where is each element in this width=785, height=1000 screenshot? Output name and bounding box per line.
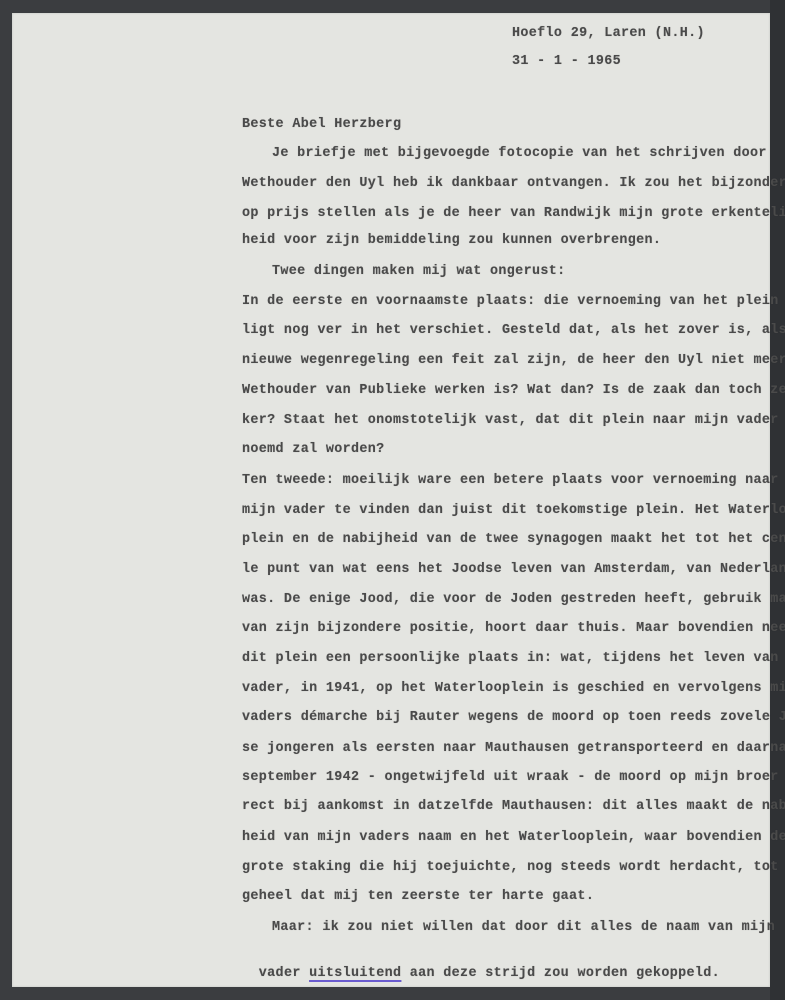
- letter-line: op prijs stellen als je de heer van Rand…: [242, 206, 785, 222]
- letter-line: nieuwe wegenregeling een feit zal zijn, …: [242, 353, 785, 369]
- sender-address: Hoeflo 29, Laren (N.H.): [512, 26, 705, 41]
- underlined-word: uitsluitend: [309, 966, 401, 981]
- letter-date: 31 - 1 - 1965: [512, 54, 621, 69]
- letter-line: van zijn bijzondere positie, hoort daar …: [242, 621, 785, 637]
- letter-line: Ten tweede: moeilijk ware een betere pla…: [242, 473, 779, 489]
- closing-line-end: aan deze strijd zou worden gekoppeld.: [401, 966, 720, 981]
- closing-line-start: vader: [259, 966, 309, 981]
- letter-line: rect bij aankomst in datzelfde Mauthause…: [242, 799, 785, 815]
- letter-line: heid voor zijn bemiddeling zou kunnen ov…: [242, 233, 661, 249]
- closing-line: vader uitsluitend aan deze strijd zou wo…: [242, 950, 720, 982]
- letter-line: Maar: ik zou niet willen dat door dit al…: [272, 920, 775, 936]
- salutation: Beste Abel Herzberg: [242, 117, 401, 132]
- letter-line: noemd zal worden?: [242, 442, 385, 458]
- letter-line: Wethouder den Uyl heb ik dankbaar ontvan…: [242, 176, 785, 192]
- letter-line: Twee dingen maken mij wat ongerust:: [272, 264, 566, 280]
- letter-line: heid van mijn vaders naam en het Waterlo…: [242, 830, 785, 846]
- letter-line: geheel dat mij ten zeerste ter harte gaa…: [242, 889, 594, 905]
- letter-line: ligt nog ver in het verschiet. Gesteld d…: [242, 323, 785, 339]
- letter-line: Wethouder van Publieke werken is? Wat da…: [242, 383, 785, 399]
- letter-line: le punt van wat eens het Joodse leven va…: [242, 562, 785, 578]
- letter-line: Je briefje met bijgevoegde fotocopie van…: [272, 146, 767, 162]
- letter-line: ker? Staat het onomstotelijk vast, dat d…: [242, 413, 785, 429]
- letter-line: plein en de nabijheid van de twee synago…: [242, 532, 785, 548]
- letter-line: mijn vader te vinden dan juist dit toeko…: [242, 503, 785, 519]
- letter-line: vader, in 1941, op het Waterlooplein is …: [242, 681, 785, 697]
- letter-line: september 1942 - ongetwijfeld uit wraak …: [242, 770, 785, 786]
- letter-line: was. De enige Jood, die voor de Joden ge…: [242, 592, 785, 608]
- letter-line: In de eerste en voornaamste plaats: die …: [242, 294, 779, 310]
- letter-line: se jongeren als eersten naar Mauthausen …: [242, 741, 785, 757]
- letter-line: dit plein een persoonlijke plaats in: wa…: [242, 651, 785, 667]
- scanner-edge: [770, 0, 785, 1000]
- letter-line: grote staking die hij toejuichte, nog st…: [242, 860, 785, 876]
- letter-line: vaders démarche bij Rauter wegens de moo…: [242, 710, 785, 726]
